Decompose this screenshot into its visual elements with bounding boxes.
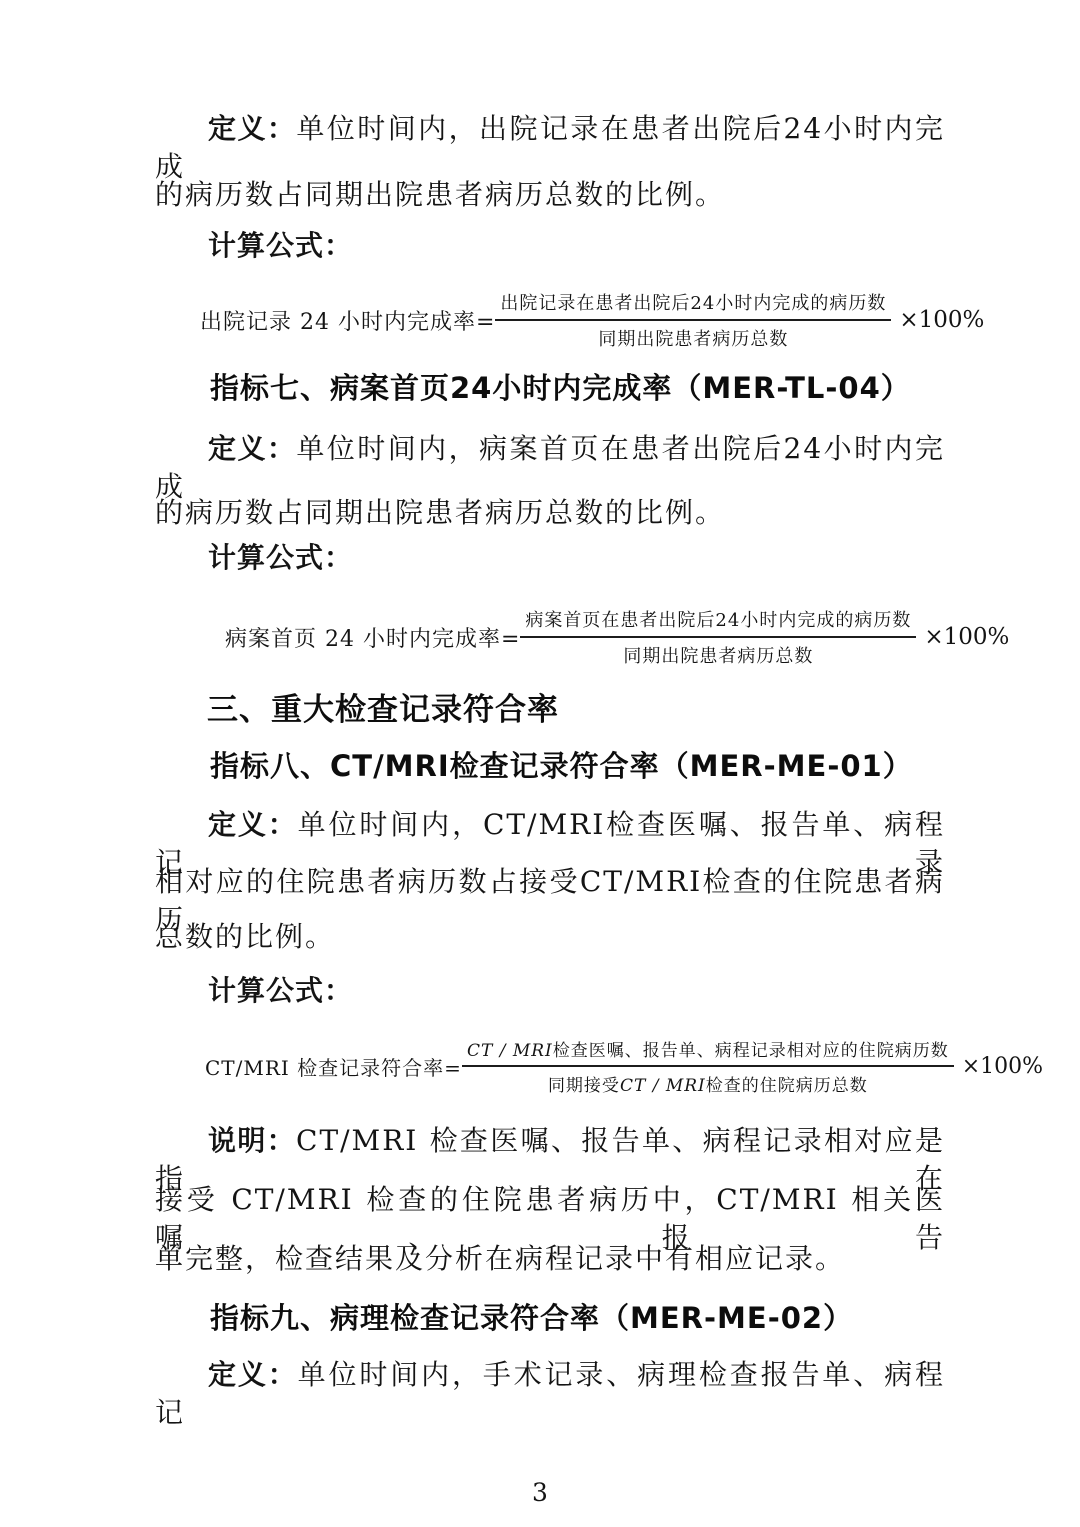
indicator7-definition-line2: 的病历数占同期出院患者病历总数的比例。 [155,494,945,532]
formula-numerator: 病案首页在患者出院后24小时内完成的病历数 [520,606,916,638]
formula-multiplier: ×100% [962,1054,1043,1079]
formula-intro-label: 计算公式： [208,229,353,262]
indicator8-formula: CT/MRI 检查记录符合率= CT / MRI检查医嘱、报告单、病程记录相对应… [205,1036,1043,1096]
definition-label: 定义： [208,112,296,145]
formula-denominator: 同期接受CT / MRI检查的住院病历总数 [548,1067,868,1096]
formula-lhs: 病案首页 24 小时内完成率= [225,622,520,653]
formula-intro-label: 计算公式： [208,974,353,1007]
formula-denominator-prefix: 同期接受 [548,1076,620,1096]
formula-multiplier: ×100% [899,307,984,333]
section3-title: 三、重大检查记录符合率 [207,684,559,729]
indicator8-note-line3: 单完整，检查结果及分析在病程记录中有相应记录。 [155,1240,945,1278]
indicator6-definition-line2: 的病历数占同期出院患者病历总数的比例。 [155,176,945,214]
note-label: 说明： [208,1124,296,1157]
indicator6-definition-line1: 定义：单位时间内，出院记录在患者出院后24小时内完成 [155,110,945,186]
indicator8-formula-intro: 计算公式： [155,972,945,1010]
formula-numerator-rest: 检查医嘱、报告单、病程记录相对应的住院病历数 [553,1041,949,1061]
indicator6-formula: 出院记录 24 小时内完成率= 出院记录在患者出院后24小时内完成的病历数 同期… [200,289,984,351]
formula-intro-label: 计算公式： [208,541,353,574]
indicator9-title: 指标九、病理检查记录符合率（MER-ME-02） [210,1296,853,1337]
formula-fraction: 病案首页在患者出院后24小时内完成的病历数 同期出院患者病历总数 [520,606,916,668]
indicator8-title: 指标八、CT/MRI检查记录符合率（MER-ME-01） [210,744,913,785]
definition-label: 定义： [208,808,298,841]
formula-lhs: CT/MRI 检查记录符合率= [205,1052,462,1081]
indicator8-definition-line3: 总数的比例。 [155,918,945,956]
definition-label: 定义： [208,1358,298,1391]
formula-lhs: 出院记录 24 小时内完成率= [200,305,495,336]
indicator7-formula: 病案首页 24 小时内完成率= 病案首页在患者出院后24小时内完成的病历数 同期… [225,606,1009,668]
formula-numerator: CT / MRI检查医嘱、报告单、病程记录相对应的住院病历数 [462,1036,954,1067]
indicator7-formula-intro: 计算公式： [155,539,945,577]
formula-denominator-italic: CT / MRI [620,1076,706,1096]
formula-denominator-rest: 检查的住院病历总数 [706,1076,868,1096]
indicator9-definition-line1: 定义：单位时间内，手术记录、病理检查报告单、病程记 [155,1356,945,1432]
indicator6-formula-intro: 计算公式： [155,227,945,265]
formula-denominator: 同期出院患者病历总数 [623,638,813,668]
formula-denominator: 同期出院患者病历总数 [598,321,788,351]
formula-numerator: 出院记录在患者出院后24小时内完成的病历数 [495,289,891,321]
page-number: 3 [0,1478,1080,1507]
indicator7-title: 指标七、病案首页24小时内完成率（MER-TL-04） [210,366,911,407]
formula-numerator-italic: CT / MRI [467,1041,553,1061]
document-page: 定义：单位时间内，出院记录在患者出院后24小时内完成 的病历数占同期出院患者病历… [0,0,1080,1527]
formula-fraction: CT / MRI检查医嘱、报告单、病程记录相对应的住院病历数 同期接受CT / … [462,1036,954,1096]
definition-label: 定义： [208,432,296,465]
formula-multiplier: ×100% [924,624,1009,650]
formula-fraction: 出院记录在患者出院后24小时内完成的病历数 同期出院患者病历总数 [495,289,891,351]
